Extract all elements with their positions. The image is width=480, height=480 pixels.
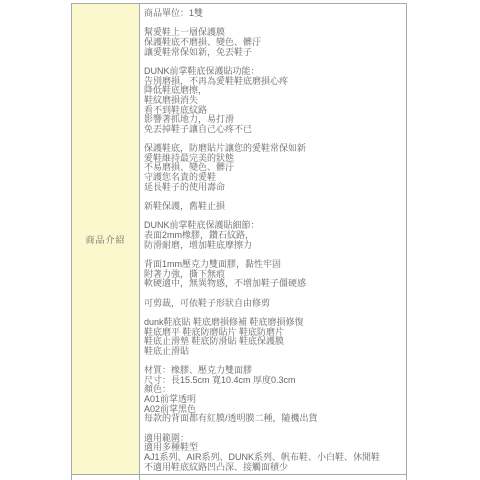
description-paragraph: 幫愛鞋上一層保護膜保護鞋底不磨損、變色、髒汙讓愛鞋常保如新，免丟鞋子 — [144, 28, 402, 57]
spec-label: 商品介紹 — [85, 233, 125, 246]
description-paragraph: 材質：橡膠、壓克力雙面膠尺寸：長15.5cm 寬10.4cm 厚度0.3cm顏色… — [144, 366, 402, 424]
description-line: 不適用鞋底紋路凹凸深、接觸面積少 — [144, 463, 402, 473]
description-line: 鞋底止滑貼 — [144, 347, 402, 357]
next-row-partial — [72, 475, 406, 480]
description-line: 每款的背面都有紅膜/透明膜二種，隨機出貨 — [144, 414, 402, 424]
description-line: 讓愛鞋常保如新，免丟鞋子 — [144, 48, 402, 58]
next-row-label-cell — [72, 475, 140, 480]
description-line: 軟硬適中，無異物感，不增加鞋子僵硬感 — [144, 279, 402, 289]
description-paragraph: 保護鞋底，防磨貼片讓您的愛鞋常保如新愛鞋維持最完美的狀態不易磨損、變色、髒汙守護… — [144, 144, 402, 192]
description-line: 尺寸：長15.5cm 寬10.4cm 厚度0.3cm — [144, 376, 402, 386]
description-paragraph: dunk鞋底貼 鞋底磨損修補 鞋底磨損修復鞋底磨平 鞋底防磨貼片 鞋底防磨片鞋底… — [144, 318, 402, 357]
description-paragraph: 商品單位：1雙 — [144, 9, 402, 19]
spec-label-cell: 商品介紹 — [72, 4, 140, 474]
next-row-content-cell — [140, 475, 406, 480]
description-line: 商品單位：1雙 — [144, 9, 402, 19]
description-line: 新鞋保護，舊鞋止損 — [144, 202, 402, 212]
product-description: 商品單位：1雙幫愛鞋上一層保護膜保護鞋底不磨損、變色、髒汙讓愛鞋常保如新，免丟鞋… — [144, 9, 402, 472]
description-paragraph: 可剪裁，可依鞋子形狀自由修剪 — [144, 299, 402, 309]
description-paragraph: DUNK前掌鞋底保護貼功能：告別磨損，不再為愛鞋鞋底磨損心疼降低鞋底磨擦，鞋紋磨… — [144, 67, 402, 135]
spec-content-cell: 商品單位：1雙幫愛鞋上一層保護膜保護鞋底不磨損、變色、髒汙讓愛鞋常保如新，免丟鞋… — [140, 4, 406, 474]
description-line: 免丟掉鞋子讓自己心疼不已 — [144, 125, 402, 135]
description-paragraph: 背面1mm壓克力雙面膠，黏性牢固附著力強，撕下無痕軟硬適中，無異物感，不增加鞋子… — [144, 260, 402, 289]
spec-row-description: 商品介紹 商品單位：1雙幫愛鞋上一層保護膜保護鞋底不磨損、變色、髒汙讓愛鞋常保如… — [72, 4, 406, 475]
description-line: 延長鞋子的使用壽命 — [144, 183, 402, 193]
description-paragraph: DUNK前掌鞋底保護貼細節：表面2mm橡膠，鑽石紋路，防滑耐磨，增加鞋底摩擦力 — [144, 221, 402, 250]
description-paragraph: 新鞋保護，舊鞋止損 — [144, 202, 402, 212]
description-line: 防滑耐磨，增加鞋底摩擦力 — [144, 241, 402, 251]
description-line: 可剪裁，可依鞋子形狀自由修剪 — [144, 299, 402, 309]
product-spec-table: 商品介紹 商品單位：1雙幫愛鞋上一層保護膜保護鞋底不磨損、變色、髒汙讓愛鞋常保如… — [71, 3, 407, 480]
description-paragraph: 適用範圍：適用多種鞋型AJ1系列、AIR系列、DUNK系列、帆布鞋、小白鞋、休閒… — [144, 434, 402, 473]
